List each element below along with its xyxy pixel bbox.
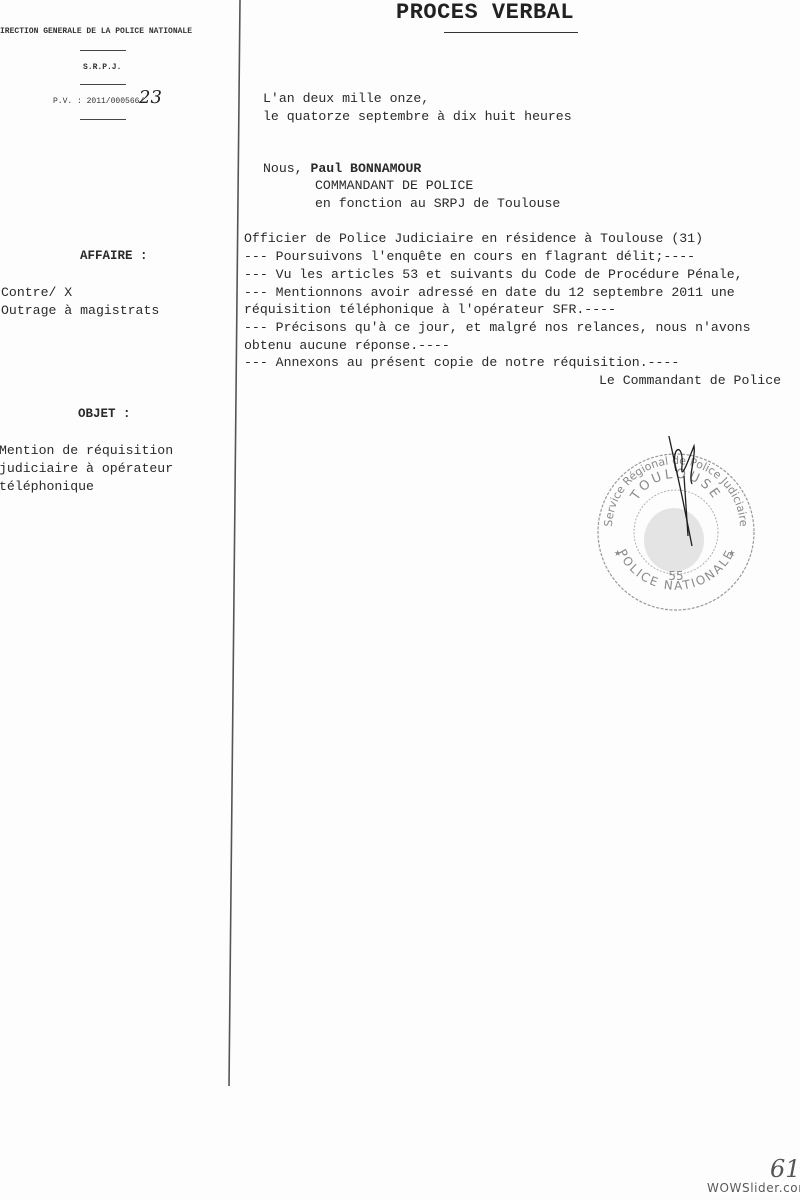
service-label: S.R.P.J. [83, 63, 121, 72]
pv-number: P.V. : 2011/000566/ [53, 97, 144, 106]
body-line: obtenu aucune réponse.---- [244, 338, 450, 353]
affaire-heading: AFFAIRE : [80, 249, 148, 263]
affaire-line: Contre/ X [1, 285, 72, 300]
body-line: --- Précisons qu'à ce jour, et malgré no… [244, 320, 750, 335]
nous-prefix: Nous, [263, 161, 310, 176]
document-title: PROCES VERBAL [396, 0, 574, 25]
affaire-line: Outrage à magistrats [1, 303, 159, 318]
header-rule [80, 119, 126, 120]
star-icon: ★ [614, 546, 621, 560]
officer-post: en fonction au SRPJ de Toulouse [315, 196, 560, 211]
objet-line: téléphonique [0, 479, 94, 494]
star-icon: ★ [728, 546, 735, 560]
page-number: 61 [770, 1155, 800, 1183]
body-line: --- Vu les articles 53 et suivants du Co… [244, 267, 743, 282]
officer-intro: Nous, Paul BONNAMOUR [263, 161, 421, 176]
officer-name: Paul BONNAMOUR [310, 161, 421, 176]
title-underline [444, 32, 578, 33]
pv-handwritten-number: 23 [139, 87, 162, 108]
body-line: Officier de Police Judiciaire en résiden… [244, 231, 703, 246]
ministry-header-cut: MINISTERE DE L'INTERIEUR [44, 0, 186, 2]
objet-line: Mention de réquisition [0, 443, 173, 458]
body-line: --- Annexons au présent copie de notre r… [244, 355, 679, 370]
proces-verbal-page: MINISTERE DE L'INTERIEUR IRECTION GENERA… [0, 0, 800, 1200]
stamp-number: 55 [668, 569, 683, 583]
signature-label: Le Commandant de Police [599, 373, 781, 388]
date-line: L'an deux mille onze, [263, 91, 429, 106]
date-line: le quatorze septembre à dix huit heures [263, 109, 572, 124]
body-line: --- Poursuivons l'enquête en cours en fl… [244, 249, 695, 264]
header-rule [80, 50, 126, 51]
watermark: WOWSlider.com [707, 1181, 800, 1195]
header-rule [80, 84, 126, 85]
official-stamp: Service Régional de Police Judiciaire TO… [592, 436, 760, 614]
body-line: réquisition téléphonique à l'opérateur S… [244, 302, 616, 317]
objet-heading: OBJET : [78, 407, 131, 421]
objet-line: judiciaire à opérateur [0, 461, 173, 476]
body-line: --- Mentionnons avoir adressé en date du… [244, 285, 735, 300]
direction-header: IRECTION GENERALE DE LA POLICE NATIONALE [0, 27, 192, 36]
officer-rank: COMMANDANT DE POLICE [315, 178, 473, 193]
